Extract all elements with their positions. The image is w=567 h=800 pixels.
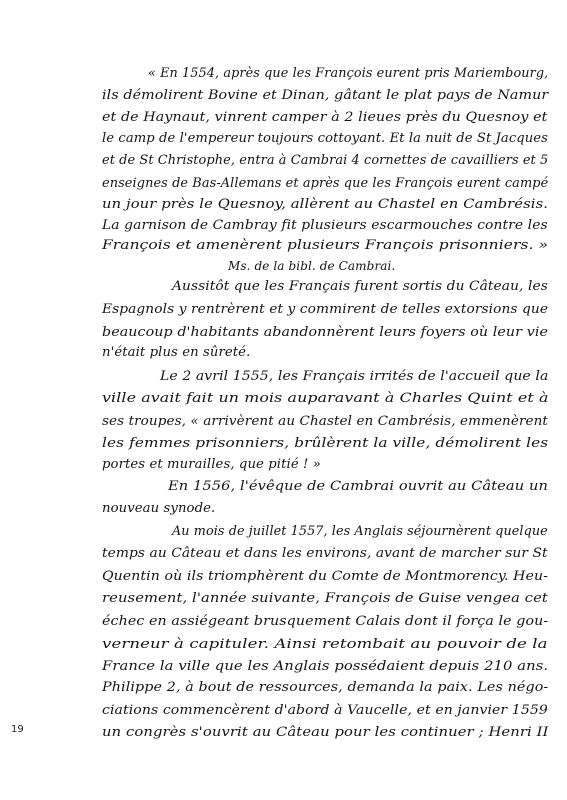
source-citation: Ms. de la bibl. de Cambrai. — [228, 258, 395, 274]
text-line: « En 1554, après que les François eurent… — [148, 66, 548, 82]
text-line: nouveau synode. — [102, 501, 215, 517]
text-line: reusement, l'année suivante, François de… — [102, 591, 548, 607]
text-line: ville avait fait un mois auparavant à Ch… — [102, 391, 549, 407]
text-line: les femmes prisonniers, brûlèrent la vil… — [102, 436, 548, 452]
text-line: échec en assiégeant brusquement Calais d… — [102, 614, 548, 630]
text-line: n'était plus en sûreté. — [102, 345, 250, 361]
text-line: La garnison de Cambray fit plusieurs esc… — [102, 218, 548, 234]
text-line: un jour près le Quesnoy, allèrent au Cha… — [102, 197, 548, 213]
text-line: ses troupes, « arrivèrent au Chastel en … — [102, 414, 548, 430]
text-line: le camp de l'empereur toujours cottoyant… — [102, 131, 548, 147]
text-line: Philippe 2, à bout de ressources, demand… — [102, 680, 548, 696]
page-number: 19 — [11, 724, 24, 735]
text-line: Au mois de juillet 1557, les Anglais séj… — [172, 524, 548, 540]
text-line: Espagnols y rentrèrent et y commirent de… — [102, 302, 548, 318]
text-line: et de Haynaut, vinrent camper à 2 lieues… — [102, 110, 547, 126]
text-line: portes et murailles, que pitié ! » — [102, 457, 321, 473]
text-line: ils démolirent Bovine et Dinan, gâtant l… — [102, 88, 548, 104]
text-line: France la ville que les Anglais possédai… — [102, 659, 548, 675]
text-line: temps au Câteau et dans les environs, av… — [102, 546, 548, 562]
text-line: enseignes de Bas-Allemans et après que l… — [102, 176, 548, 192]
text-line: ciations commencèrent d'abord à Vaucelle… — [102, 703, 548, 719]
text-line: beaucoup d'habitants abandonnèrent leurs… — [102, 325, 548, 341]
text-line: Aussitôt que les Français furent sortis … — [172, 279, 548, 295]
text-line: un congrès s'ouvrit au Câteau pour les c… — [102, 725, 549, 741]
text-line: En 1556, l'évêque de Cambrai ouvrit au C… — [168, 479, 548, 495]
text-line: et de St Christophe, entra à Cambrai 4 c… — [102, 153, 548, 169]
text-line: Le 2 avril 1555, les Français irrités de… — [160, 369, 548, 385]
text-line: Quentin où ils triomphèrent du Comte de … — [102, 569, 548, 585]
manuscript-page: « En 1554, après que les François eurent… — [0, 0, 567, 800]
text-line: verneur à capituler. Ainsi retombait au … — [102, 637, 548, 653]
text-line: François et amenèrent plusieurs François… — [102, 238, 548, 254]
